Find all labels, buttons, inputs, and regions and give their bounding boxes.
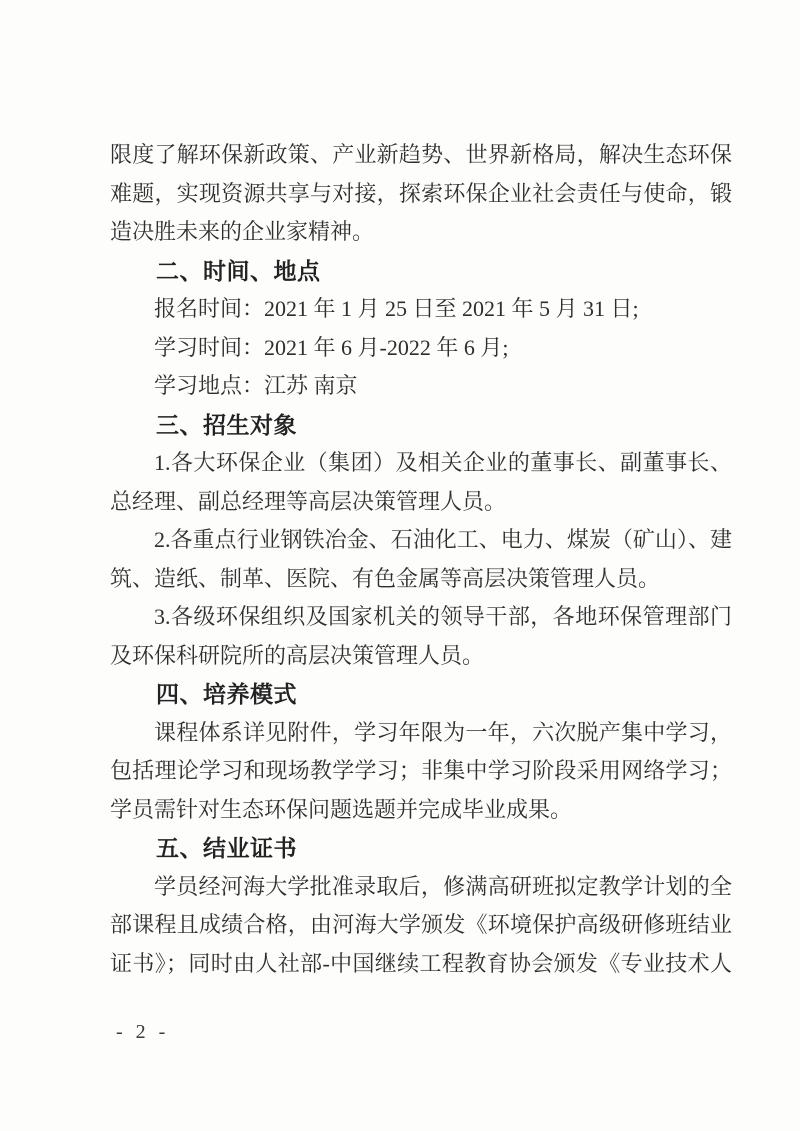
body-line: 课程体系详见附件，学习年限为一年，六次脱产集中学习， [110,714,732,753]
body-line: 总经理、副总经理等高层决策管理人员。 [110,483,732,522]
body-line: 3.各级环保组织及国家机关的领导干部，各地环保管理部门 [110,598,732,637]
intro-line: 难题，实现资源共享与对接，探索环保企业社会责任与使命，锻 [110,175,732,214]
intro-line: 限度了解环保新政策、产业新趋势、世界新格局，解决生态环保 [110,136,732,175]
body-line-study-time: 学习时间：2021 年 6 月-2022 年 6 月; [110,329,732,368]
body-line: 1.各大环保企业（集团）及相关企业的董事长、副董事长、 [110,444,732,483]
body-line: 包括理论学习和现场教学学习；非集中学习阶段采用网络学习； [110,752,732,791]
body-line-signup-time: 报名时间：2021 年 1 月 25 日至 2021 年 5 月 31 日; [110,290,732,329]
body-line: 学员需针对生态环保问题选题并完成毕业成果。 [110,791,732,830]
body-line: 证书》；同时由人社部-中国继续工程教育协会颁发《专业技术人 [110,945,732,984]
section-heading-enrollment: 三、招生对象 [110,406,732,445]
document-body: 限度了解环保新政策、产业新趋势、世界新格局，解决生态环保 难题，实现资源共享与对… [110,136,732,983]
body-line: 部课程且成绩合格，由河海大学颁发《环境保护高级研修班结业 [110,906,732,945]
document-page: 限度了解环保新政策、产业新趋势、世界新格局，解决生态环保 难题，实现资源共享与对… [0,0,800,1131]
intro-line: 造决胜未来的企业家精神。 [110,213,732,252]
body-line: 及环保科研院所的高层决策管理人员。 [110,637,732,676]
section-heading-certificate: 五、结业证书 [110,829,732,868]
section-heading-time-place: 二、时间、地点 [110,252,732,291]
section-heading-training-mode: 四、培养模式 [110,675,732,714]
page-number: - 2 - [116,1021,169,1044]
body-line-study-place: 学习地点：江苏 南京 [110,367,732,406]
body-line: 2.各重点行业钢铁冶金、石油化工、电力、煤炭（矿山）、建 [110,521,732,560]
body-line: 筑、造纸、制革、医院、有色金属等高层决策管理人员。 [110,560,732,599]
body-line: 学员经河海大学批准录取后，修满高研班拟定教学计划的全 [110,868,732,907]
